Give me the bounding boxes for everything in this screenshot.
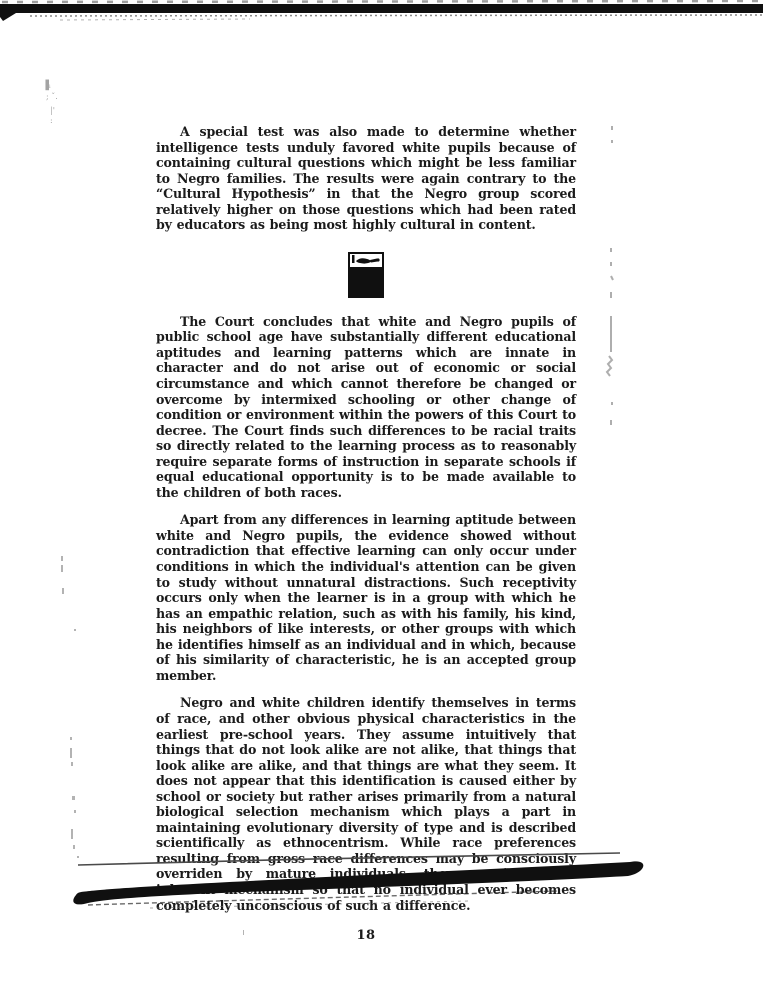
scan-speck xyxy=(72,796,75,800)
ornament-solid-panel xyxy=(350,267,382,296)
scan-speck xyxy=(62,588,64,594)
ornament-top-panel xyxy=(350,254,382,267)
scan-speck xyxy=(61,565,63,572)
text-block: A special test was also made to determin… xyxy=(156,124,576,943)
margin-pencil-smudge: ; ˇ. xyxy=(46,92,58,101)
paragraph-special-test: A special test was also made to determin… xyxy=(156,124,576,233)
scanned-document-page: ▐ᵢ ; ˇ. |' : A special test was also mad… xyxy=(0,0,763,990)
scan-speck xyxy=(71,829,73,839)
scan-speck xyxy=(70,737,72,740)
scan-speck xyxy=(71,762,73,766)
paragraph-learning-aptitude: Apart from any differences in learning a… xyxy=(156,512,576,683)
printer-ornament-icon xyxy=(348,252,384,298)
scan-speck xyxy=(73,845,75,849)
scan-speck xyxy=(77,856,79,858)
margin-annotation-marks xyxy=(600,120,630,430)
scan-speck xyxy=(70,748,72,758)
margin-pencil-smudge: : xyxy=(50,116,53,125)
scan-speck xyxy=(74,810,76,813)
margin-pencil-smudge: |' xyxy=(50,106,55,115)
paragraph-court-concludes: The Court concludes that white and Negro… xyxy=(156,314,576,501)
page-number: 18 xyxy=(156,928,576,943)
scan-speck xyxy=(74,629,76,631)
scan-artifact-top-edge xyxy=(0,0,763,26)
section-divider-row xyxy=(156,252,576,298)
margin-pencil-smudge: ▐ᵢ xyxy=(42,82,51,91)
scan-speck xyxy=(61,556,63,561)
paragraph-children-identify: Negro and white children identify themse… xyxy=(156,695,576,913)
